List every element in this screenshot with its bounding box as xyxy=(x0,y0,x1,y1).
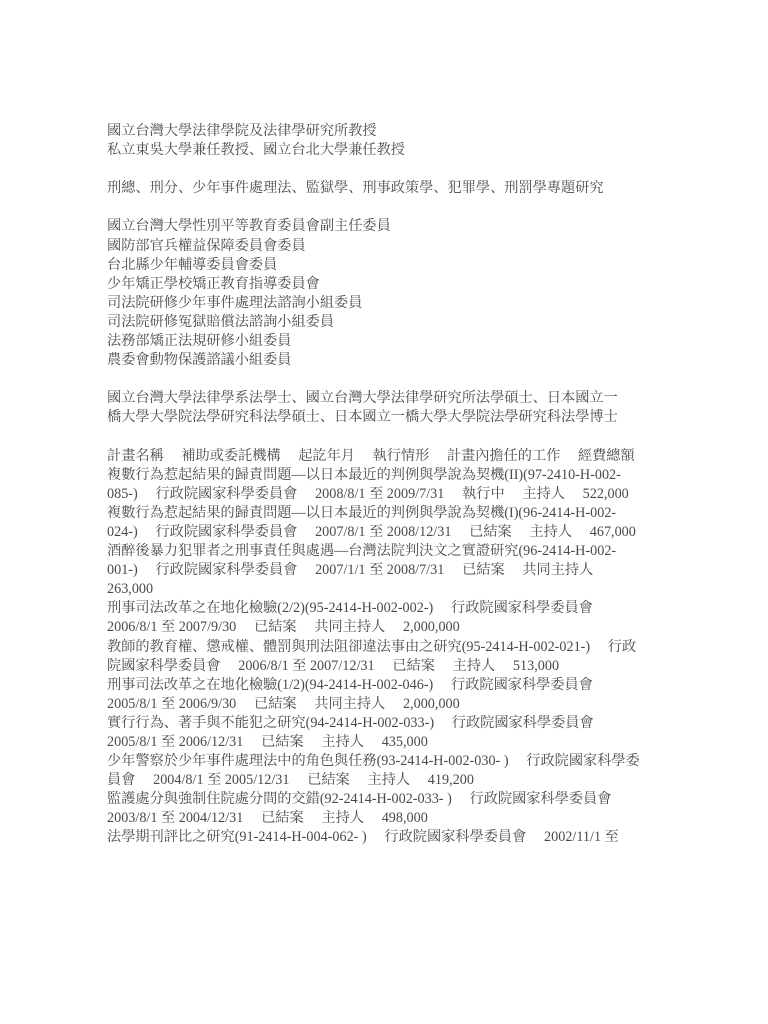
projects-header-row: 計畫名稱 補助或委託機構 起訖年月 執行情形 計畫內擔任的工作 經費總額 xyxy=(107,447,667,466)
project-line: 院國家科學委員會 2006/8/1 至 2007/12/31 已結案 主持人 5… xyxy=(107,657,667,676)
project-line: 複數行為惹起結果的歸責問題—以日本最近的判例與學說為契機(I)(96-2414-… xyxy=(107,504,667,523)
committee-item: 國立台灣大學性別平等教育委員會副主任委員 xyxy=(107,217,667,236)
specialties-section: 刑總、刑分、少年事件處理法、監獄學、刑事政策學、犯罪學、刑罰學專題研究 xyxy=(107,179,667,198)
specialties-line: 刑總、刑分、少年事件處理法、監獄學、刑事政策學、犯罪學、刑罰學專題研究 xyxy=(107,179,667,198)
spacer xyxy=(107,198,667,217)
header-project-name: 計畫名稱 xyxy=(107,448,164,464)
header-agency: 補助或委託機構 xyxy=(181,448,280,464)
header-status: 執行情形 xyxy=(373,448,430,464)
project-line: 實行行為、著手與不能犯之研究(94-2414-H-002-033-) 行政院國家… xyxy=(107,714,667,733)
project-line: 酒醉後暴力犯罪者之刑事責任與處遇—台灣法院判決文之實證研究(96-2414-H-… xyxy=(107,542,667,561)
education-section: 國立台灣大學法律學系法學士、國立台灣大學法律學研究所法學碩士、日本國立一 橋大學… xyxy=(107,389,667,427)
document-page: 國立台灣大學法律學院及法律學研究所教授 私立東吳大學兼任教授、國立台北大學兼任教… xyxy=(107,122,667,848)
committee-item: 農委會動物保護諮議小組委員 xyxy=(107,351,667,370)
project-line: 085-) 行政院國家科學委員會 2008/8/1 至 2009/7/31 執行… xyxy=(107,485,667,504)
project-line: 2005/8/1 至 2006/12/31 已結案 主持人 435,000 xyxy=(107,733,667,752)
committees-section: 國立台灣大學性別平等教育委員會副主任委員 國防部官兵權益保障委員會委員 台北縣少… xyxy=(107,217,667,370)
header-period: 起訖年月 xyxy=(298,448,355,464)
project-line: 刑事司法改革之在地化檢驗(1/2)(94-2414-H-002-046-) 行政… xyxy=(107,676,667,695)
education-line: 國立台灣大學法律學系法學士、國立台灣大學法律學研究所法學碩士、日本國立一 xyxy=(107,389,667,408)
project-line: 法學期刊評比之研究(91-2414-H-004-062- ) 行政院國家科學委員… xyxy=(107,828,667,847)
project-line: 2006/8/1 至 2007/9/30 已結案 共同主持人 2,000,000 xyxy=(107,618,667,637)
project-line: 少年警察於少年事件處理法中的角色與任務(93-2414-H-002-030- )… xyxy=(107,752,667,771)
project-line: 複數行為惹起結果的歸責問題—以日本最近的判例與學說為契機(II)(97-2410… xyxy=(107,466,667,485)
project-line: 刑事司法改革之在地化檢驗(2/2)(95-2414-H-002-002-) 行政… xyxy=(107,599,667,618)
spacer xyxy=(107,428,667,447)
project-line: 263,000 xyxy=(107,580,667,599)
project-line: 2005/8/1 至 2006/9/30 已結案 共同主持人 2,000,000 xyxy=(107,695,667,714)
project-line: 教師的教育權、懲戒權、體罰與刑法阻卻違法事由之研究(95-2414-H-002-… xyxy=(107,638,667,657)
committee-item: 台北縣少年輔導委員會委員 xyxy=(107,256,667,275)
position-line: 國立台灣大學法律學院及法律學研究所教授 xyxy=(107,122,667,141)
project-line: 監護處分與強制住院處分間的交錯(92-2414-H-002-033- ) 行政院… xyxy=(107,790,667,809)
positions-section: 國立台灣大學法律學院及法律學研究所教授 私立東吳大學兼任教授、國立台北大學兼任教… xyxy=(107,122,667,160)
project-line: 001-) 行政院國家科學委員會 2007/1/1 至 2008/7/31 已結… xyxy=(107,561,667,580)
position-line: 私立東吳大學兼任教授、國立台北大學兼任教授 xyxy=(107,141,667,160)
project-line: 員會 2004/8/1 至 2005/12/31 已結案 主持人 419,200 xyxy=(107,771,667,790)
projects-section: 計畫名稱 補助或委託機構 起訖年月 執行情形 計畫內擔任的工作 經費總額 複數行… xyxy=(107,447,667,848)
project-line: 2003/8/1 至 2004/12/31 已結案 主持人 498,000 xyxy=(107,809,667,828)
committee-item: 司法院研修少年事件處理法諮詢小組委員 xyxy=(107,294,667,313)
education-line: 橋大學大學院法學研究科法學碩士、日本國立一橋大學大學院法學研究科法學博士 xyxy=(107,408,667,427)
header-role: 計畫內擔任的工作 xyxy=(447,448,561,464)
committee-item: 少年矯正學校矯正教育指導委員會 xyxy=(107,275,667,294)
committee-item: 司法院研修冤獄賠償法諮詢小組委員 xyxy=(107,313,667,332)
header-amount: 經費總額 xyxy=(578,448,635,464)
committee-item: 國防部官兵權益保障委員會委員 xyxy=(107,237,667,256)
project-line: 024-) 行政院國家科學委員會 2007/8/1 至 2008/12/31 已… xyxy=(107,523,667,542)
spacer xyxy=(107,160,667,179)
committee-item: 法務部矯正法規研修小組委員 xyxy=(107,332,667,351)
spacer xyxy=(107,370,667,389)
